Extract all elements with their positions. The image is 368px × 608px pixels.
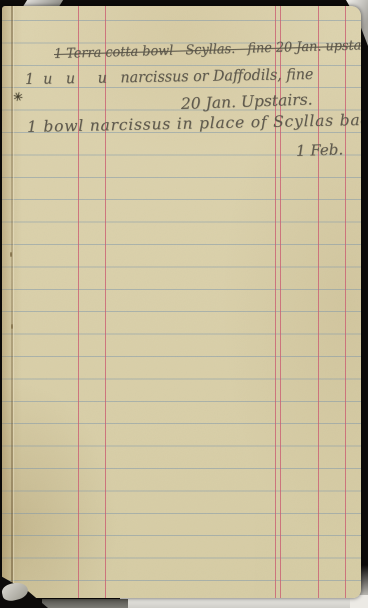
red-margin-line	[345, 6, 346, 598]
handwritten-date-note: 1 Feb.	[296, 140, 344, 160]
paper-speck	[10, 252, 12, 257]
notebook-page: 1 Terra cotta bowl Scyllas. fine 20 Jan.…	[2, 6, 361, 598]
red-margin-line	[318, 6, 319, 598]
paper-speck	[11, 324, 13, 329]
red-margin-line	[105, 6, 106, 598]
scanned-notebook-photo: 1 Terra cotta bowl Scyllas. fine 20 Jan.…	[0, 0, 368, 608]
scanner-bed-strip-gray	[42, 599, 128, 608]
red-margin-line	[78, 6, 79, 598]
